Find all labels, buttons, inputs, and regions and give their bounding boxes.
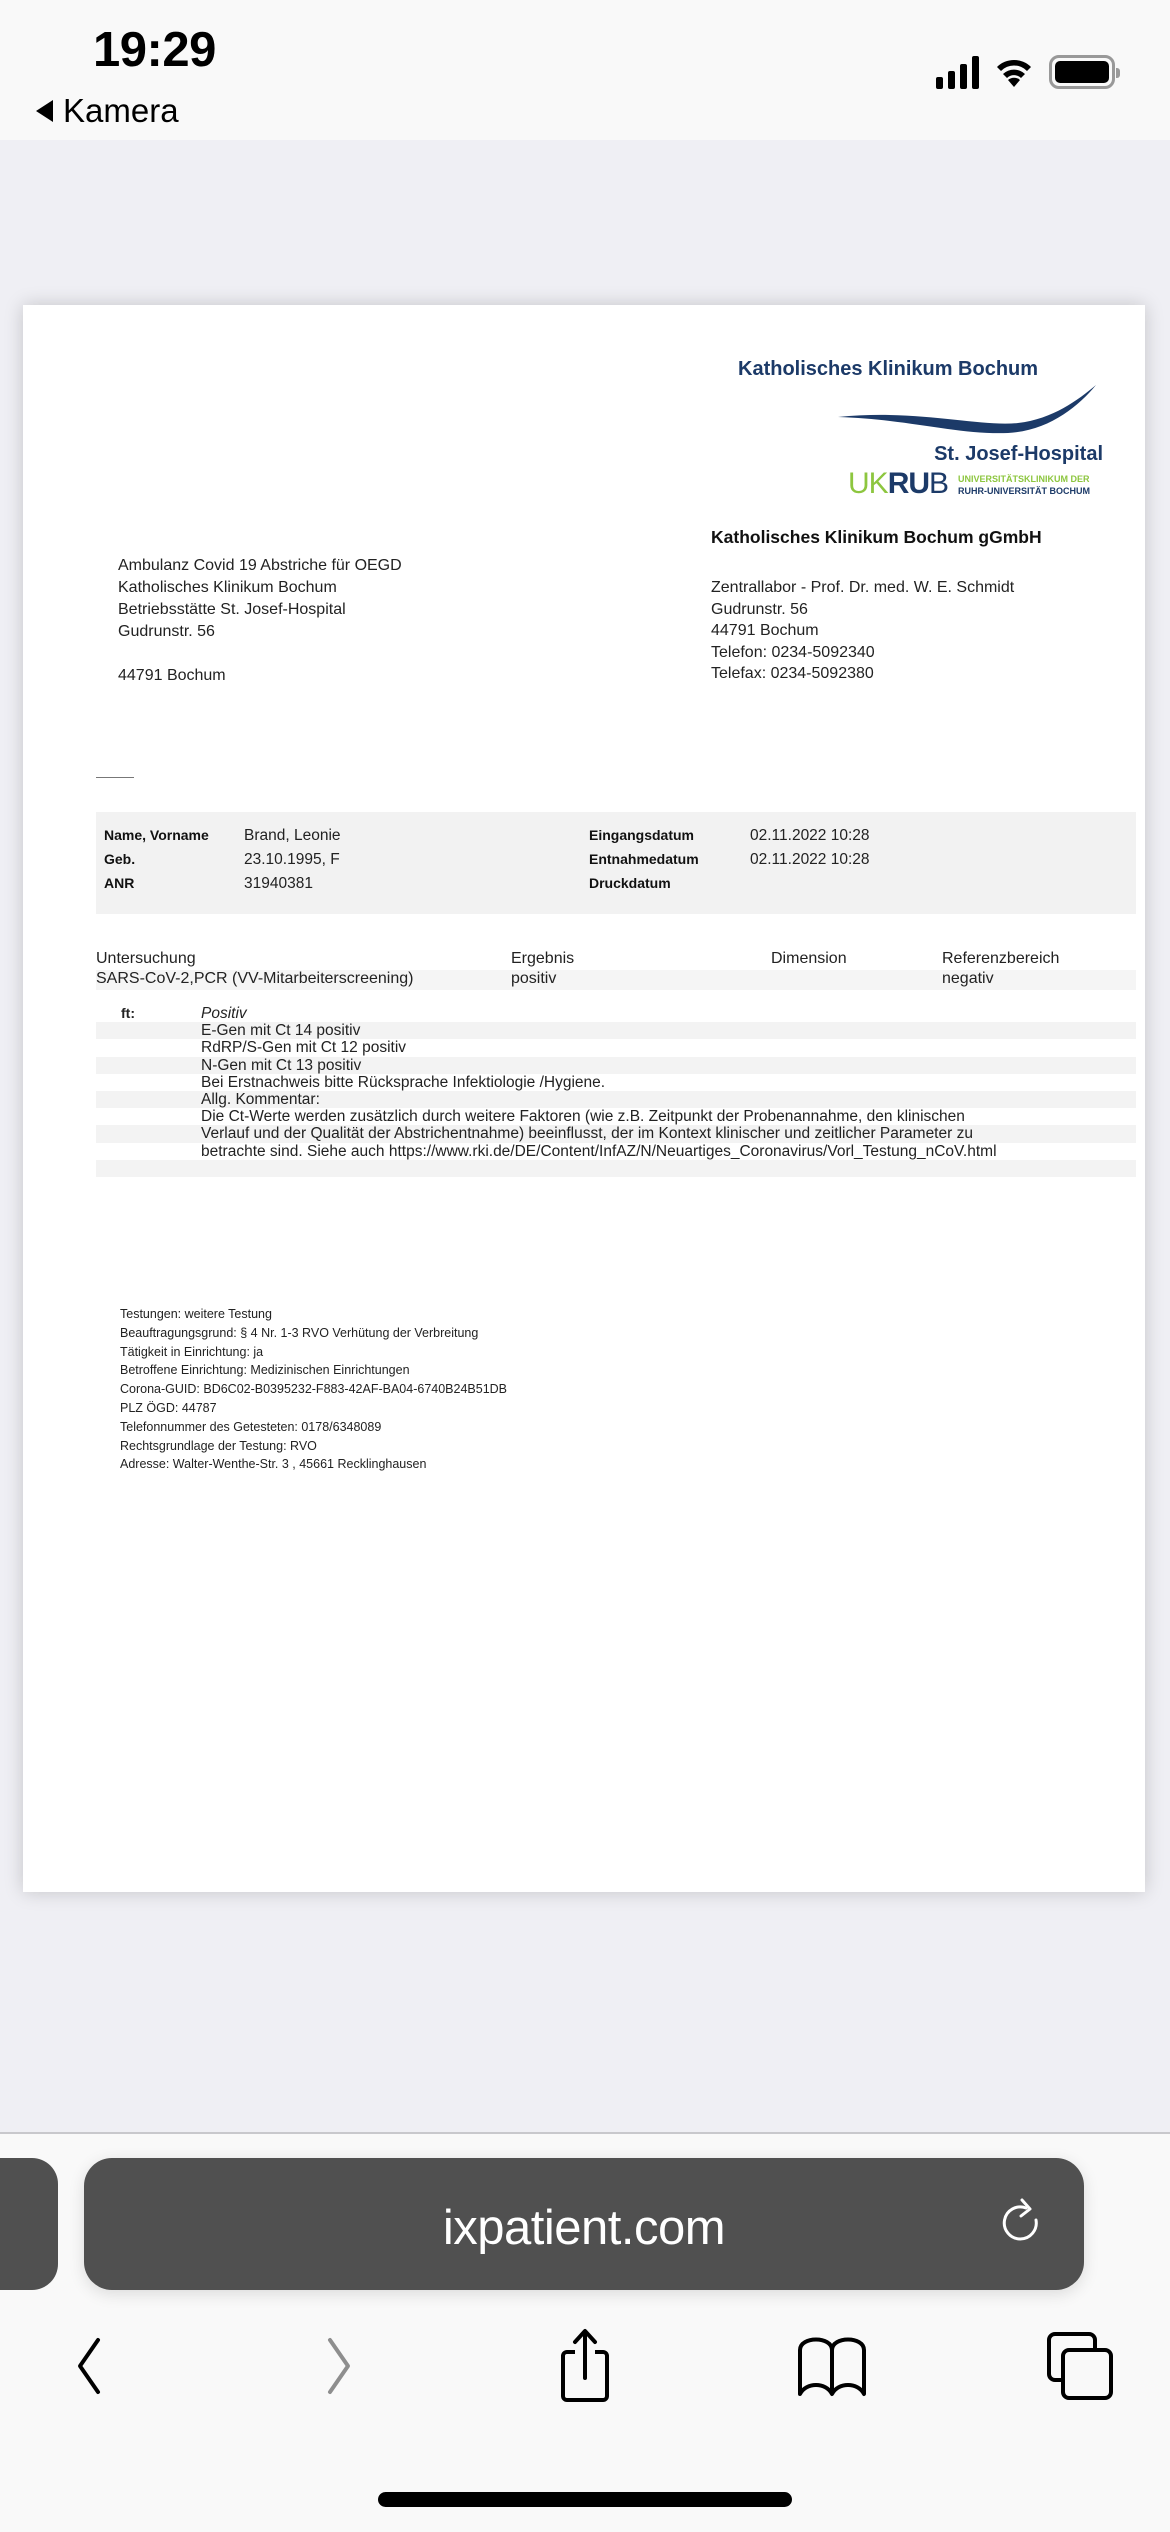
forward-button[interactable] (300, 2326, 380, 2406)
tabs-button[interactable] (1040, 2326, 1120, 2406)
comment-label: ft: (121, 1005, 135, 1022)
patient-name-row: Name, Vorname Brand, Leonie (104, 827, 341, 845)
table-row: SARS-CoV-2,PCR (VV-Mitarbeiterscreening)… (96, 970, 1136, 990)
comment-line: N-Gen mit Ct 13 positiv (96, 1057, 1136, 1074)
results-table-header: Untersuchung Ergebnis Dimension Referenz… (96, 950, 1136, 970)
cell-ergebnis: positiv (511, 970, 556, 988)
entnahmedatum-row: Entnahmedatum 02.11.2022 10:28 (589, 851, 870, 869)
clock: 19:29 (93, 22, 216, 78)
patient-birth-row: Geb. 23.10.1995, F (104, 851, 340, 869)
comment-line: E-Gen mit Ct 14 positiv (96, 1022, 1136, 1039)
cell-referenzbereich: negativ (942, 970, 994, 988)
reload-icon[interactable] (996, 2196, 1046, 2252)
home-indicator[interactable] (378, 2492, 792, 2507)
wifi-icon (993, 55, 1035, 89)
test-metadata: Testungen: weitere Testung Beauftragungs… (120, 1305, 507, 1474)
browser-toolbar (0, 2326, 1170, 2426)
share-icon (555, 2328, 615, 2404)
url-text[interactable]: ixpatient.com (84, 2200, 1084, 2256)
back-icon (68, 2336, 108, 2396)
back-button[interactable] (48, 2326, 128, 2406)
forward-icon (320, 2336, 360, 2396)
comment-line: Allg. Kommentar: (96, 1091, 1136, 1108)
comment-line: Bei Erstnachweis bitte Rücksprache Infek… (96, 1074, 1136, 1091)
result-comment: ft: Positiv E-Gen mit Ct 14 positiv RdRP… (96, 1005, 1136, 1177)
hospital-logo: Katholisches Klinikum Bochum St. Josef-H… (718, 355, 1108, 505)
header-dimension: Dimension (771, 950, 847, 968)
logo-subtitle: St. Josef-Hospital (934, 443, 1103, 466)
back-to-app-button[interactable]: Kamera (36, 92, 179, 130)
header-referenzbereich: Referenzbereich (942, 950, 1059, 968)
status-bar: 19:29 Kamera (0, 0, 1170, 140)
header-untersuchung: Untersuchung (96, 950, 196, 968)
sender-title: Katholisches Klinikum Bochum gGmbH (711, 527, 1042, 548)
address-bar[interactable]: ixpatient.com (84, 2158, 1084, 2290)
logo-university-text: UNIVERSITÄTSKLINIKUM DER RUHR-UNIVERSITÄ… (958, 473, 1090, 497)
comment-line: ft: Positiv (96, 1005, 1136, 1022)
pdf-page: Katholisches Klinikum Bochum St. Josef-H… (23, 305, 1145, 1892)
comment-line: RdRP/S-Gen mit Ct 12 positiv (96, 1039, 1136, 1056)
bookmarks-icon (796, 2334, 868, 2398)
ukrub-logo: UKRUB (848, 467, 948, 501)
patient-info-box: Name, Vorname Brand, Leonie Geb. 23.10.1… (96, 812, 1136, 914)
divider (96, 777, 134, 778)
comment-line: betrachte sind. Siehe auch https://www.r… (96, 1143, 1136, 1160)
comment-spacer (96, 1160, 1136, 1177)
logo-swoosh-icon (718, 375, 1108, 435)
back-app-label: Kamera (63, 92, 179, 130)
comment-line: Verlauf und der Qualität der Abstrichent… (96, 1125, 1136, 1142)
browser-bottom-bar: ixpatient.com (0, 2132, 1170, 2532)
recipient-address: Ambulanz Covid 19 Abstriche für OEGD Kat… (118, 555, 402, 687)
druckdatum-row: Druckdatum (589, 875, 750, 891)
eingangsdatum-row: Eingangsdatum 02.11.2022 10:28 (589, 827, 870, 845)
battery-icon (1049, 55, 1115, 89)
bookmarks-button[interactable] (792, 2326, 872, 2406)
share-button[interactable] (545, 2326, 625, 2406)
header-ergebnis: Ergebnis (511, 950, 574, 968)
cell-untersuchung: SARS-CoV-2,PCR (VV-Mitarbeiterscreening) (96, 970, 413, 988)
previous-tab-preview[interactable] (0, 2158, 58, 2290)
comment-line: Die Ct-Werte werden zusätzlich durch wei… (96, 1108, 1136, 1125)
system-icons (936, 55, 1115, 89)
cellular-signal-icon (936, 55, 979, 89)
back-triangle-icon (36, 100, 53, 122)
patient-anr-row: ANR 31940381 (104, 875, 313, 893)
tabs-icon (1045, 2330, 1115, 2402)
sender-address: Zentrallabor - Prof. Dr. med. W. E. Schm… (711, 577, 1014, 685)
